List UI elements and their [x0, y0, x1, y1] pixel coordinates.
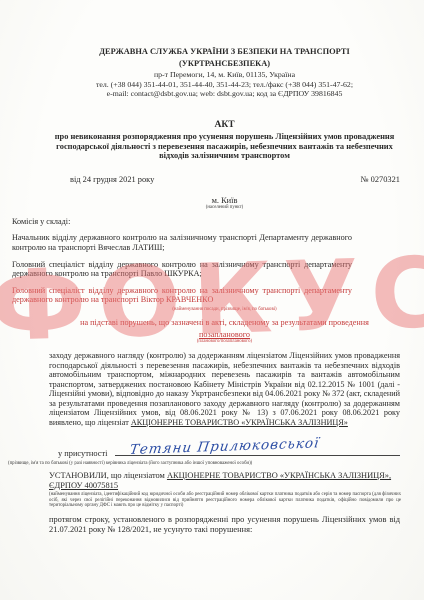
city: м. Київ — [49, 196, 400, 205]
city-caption: (населений пункт) — [49, 205, 400, 211]
document-page: ДЕРЖАВНА СЛУЖБА УКРАЇНИ З БЕЗПЕКИ НА ТРА… — [0, 0, 424, 600]
presence-label: у присутності — [58, 448, 107, 459]
commission-member-2: Головний спеціаліст відділу державного к… — [12, 260, 352, 279]
doc-number: № 0270321 — [361, 175, 400, 185]
doc-type-title: АКТ — [49, 120, 400, 131]
org-phones: тел. (+38 044) 351-44-01, 351-44-40, 351… — [49, 80, 400, 90]
established-paragraph: УСТАНОВИЛИ, що ліцензіатом АКЦІОНЕРНЕ ТО… — [49, 471, 400, 491]
commission-member-1: Начальник відділу державного контролю на… — [12, 233, 352, 252]
commission-member-3: Головний спеціаліст відділу державного к… — [12, 286, 352, 305]
handwritten-signature: Тетяни Прилюковської — [129, 438, 320, 456]
inspection-type-value: позапланового — [199, 330, 250, 339]
org-contacts: e-mail: contact@dsbt.gov.ua; web: dsbt.g… — [49, 89, 400, 99]
org-name: ДЕРЖАВНА СЛУЖБА УКРАЇНИ З БЕЗПЕКИ НА ТРА… — [49, 46, 400, 58]
conclusion-paragraph: протягом строку, установленого в розпоря… — [49, 515, 400, 535]
established-lead: УСТАНОВИЛИ, що ліцензіатом — [49, 471, 167, 480]
letterhead: ДЕРЖАВНА СЛУЖБА УКРАЇНИ З БЕЗПЕКИ НА ТРА… — [49, 46, 400, 99]
org-short-name: (УКРТРАНСБЕЗПЕКА) — [49, 58, 400, 70]
basis-line: на підставі порушень, що зазначені в акт… — [49, 318, 400, 328]
signature-line: Тетяни Прилюковської — [115, 443, 400, 456]
inspection-type: позапланового — [49, 330, 400, 339]
main-paragraph-text: заходу державного нагляду (контролю) за … — [49, 351, 400, 427]
main-paragraph: заходу державного нагляду (контролю) за … — [49, 351, 400, 428]
org-address: пр-т Перемоги, 14, м. Київ, 01135, Украї… — [49, 70, 400, 80]
licensee-name: АКЦІОНЕРНЕ ТОВАРИСТВО «УКРАЇНСЬКА ЗАЛІЗН… — [131, 418, 348, 427]
meta-row: від 24 грудня 2021 року № 0270321 — [49, 175, 400, 185]
inspection-type-caption: (планового/позапланового) — [49, 339, 400, 345]
commission-intro: Комісія у складі: — [12, 217, 363, 227]
commission-caption: (найменування посади, прізвище, ім'я, по… — [49, 307, 400, 313]
doc-date: від 24 грудня 2021 року — [70, 175, 154, 185]
doc-subject: про невиконання розпорядження про усунен… — [49, 132, 400, 161]
established-caption: (найменування ліцензіата, ідентифікаційн… — [49, 492, 401, 509]
presence-caption: (прізвище, ім'я та по батькові (у разі н… — [8, 461, 354, 467]
presence-row: у присутності Тетяни Прилюковської — [49, 443, 400, 459]
